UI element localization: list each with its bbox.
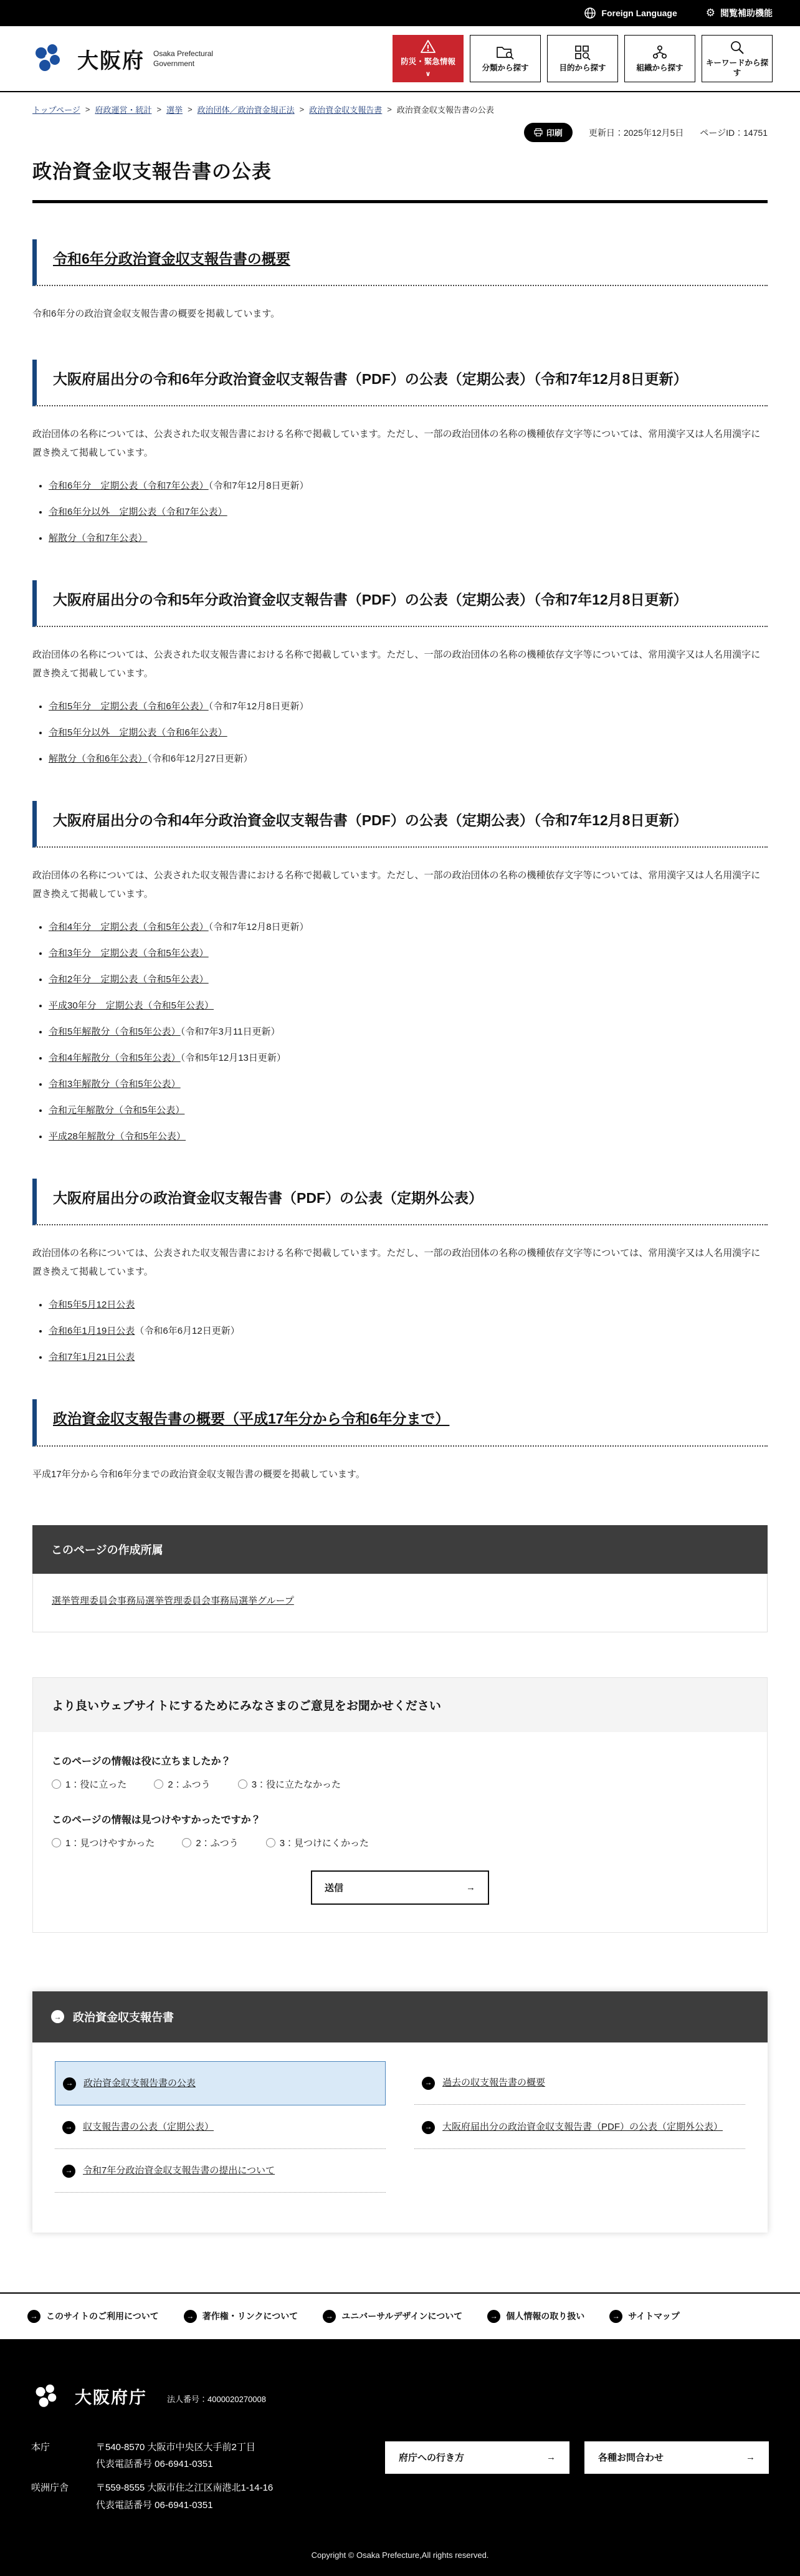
- feedback-title: より良いウェブサイトにするためにみなさまのご意見をお聞かせください: [33, 1678, 767, 1732]
- arrow-circle-icon: →: [51, 2010, 64, 2023]
- footer-brand: 大阪府庁 法人番号：4000020270008: [31, 2380, 769, 2413]
- report-link-list: 令和5年5月12日公表 令和6年1月19日公表（令和6年6月12日更新） 令和7…: [32, 1298, 768, 1363]
- section-r5-pdf-regular: 大阪府届出分の令和5年分政治資金収支報告書（PDF）の公表（定期公表）（令和7年…: [32, 580, 768, 765]
- footer-logo-text: 大阪府庁: [75, 2384, 147, 2408]
- feedback-body: このページの情報は役に立ちましたか？ 1：役に立った 2：ふつう 3：役に立たな…: [33, 1732, 767, 1932]
- accessibility-link[interactable]: ⚙ 閲覧補助機能: [706, 7, 773, 19]
- accessibility-label: 閲覧補助機能: [720, 7, 773, 19]
- page-meta: 印刷 更新日：2025年12月5日 ページID：14751: [32, 123, 768, 142]
- footer-middle: 本庁 〒540-8570 大阪市中央区大手前2丁目 代表電話番号 06-6941…: [31, 2439, 769, 2514]
- breadcrumb-link[interactable]: 政治資金収支報告書: [309, 103, 382, 115]
- section-body-text: 平成17年分から令和6年分までの政治資金収支報告書の概要を掲載しています。: [32, 1465, 768, 1484]
- arrow-right-icon: →: [746, 2452, 755, 2463]
- section-r6-overview: 令和6年分政治資金収支報告書の概要 令和6年分の政治資金収支報告書の概要を掲載し…: [32, 239, 768, 323]
- footer-nav-link[interactable]: →個人情報の取り扱い: [487, 2310, 584, 2323]
- report-link[interactable]: 令和4年分 定期公表（令和5年公表）: [49, 922, 209, 932]
- section-pdf-irregular: 大阪府届出分の政治資金収支報告書（PDF）の公表（定期外公表） 政治団体の名称に…: [32, 1179, 768, 1363]
- list-item: 令和2年分 定期公表（令和5年公表）: [49, 972, 768, 985]
- report-note: （令和7年12月8日更新）: [209, 481, 309, 491]
- copyright: Copyright © Osaka Prefecture,All rights …: [31, 2550, 769, 2560]
- report-link[interactable]: 令和3年解散分（令和5年公表）: [49, 1079, 181, 1089]
- feedback-question-1: このページの情報は役に立ちましたか？: [52, 1753, 748, 1768]
- list-item: 令和3年解散分（令和5年公表）: [49, 1077, 768, 1090]
- radio-option[interactable]: 3：役に立たなかった: [238, 1778, 341, 1791]
- report-link[interactable]: 平成28年解散分（令和5年公表）: [49, 1131, 186, 1142]
- report-note: （令和7年3月11日更新）: [181, 1027, 280, 1037]
- owner-department-link[interactable]: 選挙管理委員会事務局選挙管理委員会事務局選挙グループ: [52, 1596, 294, 1606]
- site-header: 大阪府 Osaka Prefectural Government 防災・緊急情報…: [0, 26, 800, 92]
- globe-icon: [584, 7, 596, 19]
- org-chart-icon: [651, 44, 669, 60]
- osaka-mark-icon-white: [31, 2380, 64, 2413]
- office2-label: 咲洲庁舎: [31, 2479, 96, 2514]
- foreign-language-label: Foreign Language: [601, 8, 677, 18]
- radio-option[interactable]: 1：役に立った: [52, 1778, 126, 1791]
- search-by-keyword-button[interactable]: キーワードから探す: [702, 35, 773, 82]
- breadcrumb-separator: >: [188, 105, 193, 114]
- gear-icon: ⚙: [706, 7, 715, 19]
- report-link[interactable]: 令和元年解散分（令和5年公表）: [49, 1105, 184, 1116]
- related-links-grid: → 政治資金収支報告書の公表 → 過去の収支報告書の概要 → 収支報告書の公表（…: [32, 2042, 768, 2233]
- list-item: 令和5年分 定期公表（令和6年公表）（令和7年12月8日更新）: [49, 699, 768, 712]
- breadcrumb-current: 政治資金収支報告書の公表: [397, 103, 494, 115]
- title-divider: [32, 200, 768, 203]
- report-link[interactable]: 令和6年1月19日公表: [49, 1326, 135, 1336]
- breadcrumb-link[interactable]: 政治団体／政治資金規正法: [198, 103, 295, 115]
- footer-nav: →このサイトのご利用について →著作権・リンクについて →ユニバーサルデザインに…: [0, 2292, 800, 2339]
- list-item: 解散分（令和6年公表）（令和6年12月27日更新）: [49, 752, 768, 765]
- radio-option[interactable]: 1：見つけやすかった: [52, 1836, 155, 1849]
- arrow-circle-icon: →: [487, 2310, 500, 2323]
- related-links-title: 政治資金収支報告書: [73, 2009, 174, 2025]
- section-heading-block: 政治資金収支報告書の概要（平成17年分から令和6年分まで）: [32, 1399, 768, 1446]
- related-link[interactable]: → 大阪府届出分の政治資金収支報告書（PDF）の公表（定期外公表）: [414, 2105, 745, 2149]
- section-heading-block: 大阪府届出分の令和5年分政治資金収支報告書（PDF）の公表（定期公表）（令和7年…: [32, 580, 768, 627]
- page-owner-box: このページの作成所属 選挙管理委員会事務局選挙管理委員会事務局選挙グループ: [32, 1525, 768, 1632]
- breadcrumb-separator: >: [85, 105, 90, 114]
- report-link[interactable]: 令和7年1月21日公表: [49, 1352, 135, 1362]
- list-item: 令和5年5月12日公表: [49, 1298, 768, 1311]
- arrow-right-icon: →: [546, 2452, 556, 2463]
- report-link-list: 令和6年分 定期公表（令和7年公表）（令和7年12月8日更新） 令和6年分以外 …: [32, 479, 768, 544]
- radio-useful-3[interactable]: [238, 1779, 247, 1789]
- foreign-language-link[interactable]: Foreign Language: [584, 7, 677, 19]
- warning-triangle-icon: [420, 39, 436, 54]
- section-body-text: 政治団体の名称については、公表された収支報告書における名称で掲載しています。ただ…: [32, 1244, 768, 1281]
- list-item: 令和5年解散分（令和5年公表）（令和7年3月11日更新）: [49, 1025, 768, 1038]
- arrow-circle-icon: →: [63, 2077, 76, 2090]
- section-heading-link[interactable]: 政治資金収支報告書の概要（平成17年分から令和6年分まで）: [53, 1410, 449, 1427]
- osaka-pref-logo[interactable]: 大阪府 Osaka Prefectural Government: [30, 39, 213, 78]
- report-link[interactable]: 令和4年解散分（令和5年公表）: [49, 1053, 181, 1063]
- arrow-circle-icon: →: [27, 2310, 40, 2323]
- section-heading-block: 大阪府届出分の令和4年分政治資金収支報告書（PDF）の公表（定期公表）（令和7年…: [32, 801, 768, 848]
- report-note: （令和6年6月12日更新）: [135, 1326, 239, 1336]
- list-item: 令和6年1月19日公表（令和6年6月12日更新）: [49, 1324, 768, 1337]
- feedback-options-1: 1：役に立った 2：ふつう 3：役に立たなかった: [52, 1778, 748, 1791]
- directions-button[interactable]: 府庁への行き方 →: [385, 2441, 569, 2474]
- section-body-text: 政治団体の名称については、公表された収支報告書における名称で掲載しています。ただ…: [32, 866, 768, 904]
- arrow-right-icon: →: [466, 1882, 475, 1893]
- list-item: 令和4年分 定期公表（令和5年公表）（令和7年12月8日更新）: [49, 920, 768, 933]
- section-r4-pdf-regular: 大阪府届出分の令和4年分政治資金収支報告書（PDF）の公表（定期公表）（令和7年…: [32, 801, 768, 1142]
- list-item: 令和6年分 定期公表（令和7年公表）（令和7年12月8日更新）: [49, 479, 768, 492]
- header-nav: 防災・緊急情報 ∨ 分類から探す 目的から探す 組織から探す キーワードから: [393, 35, 773, 82]
- site-footer: 大阪府庁 法人番号：4000020270008 本庁 〒540-8570 大阪市…: [0, 2339, 800, 2576]
- radio-option[interactable]: 3：見つけにくかった: [266, 1836, 369, 1849]
- section-heading-link[interactable]: 令和6年分政治資金収支報告書の概要: [53, 251, 290, 267]
- report-note: （令和6年12月27日更新）: [147, 754, 252, 764]
- submit-button[interactable]: 送信 →: [311, 1870, 489, 1905]
- footer-buttons: 府庁への行き方 → 各種お問合わせ →: [385, 2441, 769, 2474]
- utility-bar: Foreign Language ⚙ 閲覧補助機能: [0, 0, 800, 26]
- section-heading: 大阪府届出分の令和4年分政治資金収支報告書（PDF）の公表（定期公表）（令和7年…: [53, 808, 768, 833]
- report-link[interactable]: 令和5年解散分（令和5年公表）: [49, 1027, 181, 1037]
- section-body-text: 政治団体の名称については、公表された収支報告書における名称で掲載しています。ただ…: [32, 646, 768, 683]
- arrow-circle-icon: →: [62, 2165, 75, 2178]
- radio-findable-1[interactable]: [52, 1838, 61, 1847]
- list-item: 令和5年分以外 定期公表（令和6年公表）: [49, 725, 768, 739]
- contact-button[interactable]: 各種お問合わせ →: [584, 2441, 769, 2474]
- radio-findable-2[interactable]: [182, 1838, 191, 1847]
- page-owner-body: 選挙管理委員会事務局選挙管理委員会事務局選挙グループ: [32, 1574, 768, 1632]
- footer-nav-link[interactable]: →著作権・リンクについて: [184, 2310, 298, 2323]
- emergency-info-button[interactable]: 防災・緊急情報 ∨: [393, 35, 464, 82]
- print-button[interactable]: 印刷: [524, 123, 573, 142]
- footer-nav-link[interactable]: →ユニバーサルデザインについて: [323, 2310, 462, 2323]
- office2-address: 〒559-8555 大阪市住之江区南港北1-14-16 代表電話番号 06-69…: [96, 2479, 273, 2514]
- report-note: （令和7年12月8日更新）: [209, 922, 309, 932]
- section-heading-block: 令和6年分政治資金収支報告書の概要: [32, 239, 768, 286]
- breadcrumb-separator: >: [300, 105, 305, 114]
- radio-findable-3[interactable]: [266, 1838, 275, 1847]
- grid-search-icon: [574, 44, 591, 60]
- footer-nav-link[interactable]: →このサイトのご利用について: [27, 2310, 159, 2323]
- page-owner-title: このページの作成所属: [32, 1525, 768, 1574]
- chevron-down-icon: ∨: [426, 71, 431, 78]
- page-id: ページID：14751: [700, 127, 768, 139]
- arrow-circle-icon: →: [422, 2121, 435, 2134]
- section-heading: 大阪府届出分の令和5年分政治資金収支報告書（PDF）の公表（定期公表）（令和7年…: [53, 588, 768, 612]
- folder-search-icon: [496, 44, 515, 60]
- report-link[interactable]: 令和5年5月12日公表: [49, 1300, 135, 1310]
- report-link[interactable]: 令和2年分 定期公表（令和5年公表）: [49, 974, 209, 985]
- breadcrumb-home[interactable]: トップページ: [32, 103, 80, 115]
- printer-icon: [534, 128, 543, 136]
- section-r6-pdf-regular: 大阪府届出分の令和6年分政治資金収支報告書（PDF）の公表（定期公表）（令和7年…: [32, 360, 768, 544]
- corporate-number: 法人番号：4000020270008: [167, 2393, 266, 2405]
- list-item: 平成28年解散分（令和5年公表）: [49, 1129, 768, 1142]
- section-heading: 大阪府届出分の令和6年分政治資金収支報告書（PDF）の公表（定期公表）（令和7年…: [53, 367, 768, 391]
- report-note: （令和5年12月13日更新）: [181, 1053, 286, 1063]
- list-item: 解散分（令和7年公表）: [49, 531, 768, 544]
- report-link[interactable]: 令和5年分以外 定期公表（令和6年公表）: [49, 727, 227, 738]
- radio-option[interactable]: 2：ふつう: [182, 1836, 238, 1849]
- search-by-purpose-button[interactable]: 目的から探す: [547, 35, 618, 82]
- section-heading: 大阪府届出分の政治資金収支報告書（PDF）の公表（定期外公表）: [53, 1186, 768, 1210]
- related-links-card: → 政治資金収支報告書 → 政治資金収支報告書の公表 → 過去の収支報告書の概要…: [32, 1991, 768, 2233]
- list-item: 令和3年分 定期公表（令和5年公表）: [49, 946, 768, 959]
- office1-label: 本庁: [31, 2439, 96, 2474]
- list-item: 令和7年1月21日公表: [49, 1350, 768, 1363]
- report-link[interactable]: 令和6年分 定期公表（令和7年公表）: [49, 481, 209, 491]
- report-link[interactable]: 解散分（令和6年公表）: [49, 754, 147, 764]
- list-item: 令和4年解散分（令和5年公表）（令和5年12月13日更新）: [49, 1051, 768, 1064]
- section-body-text: 政治団体の名称については、公表された収支報告書における名称で掲載しています。ただ…: [32, 425, 768, 462]
- arrow-circle-icon: →: [422, 2077, 435, 2090]
- report-link[interactable]: 令和3年分 定期公表（令和5年公表）: [49, 948, 209, 959]
- updated-date: 更新日：2025年12月5日: [589, 127, 684, 139]
- related-link[interactable]: → 過去の収支報告書の概要: [414, 2061, 745, 2105]
- osaka-mark-icon: [30, 39, 69, 78]
- page-title: 政治資金収支報告書の公表: [32, 156, 768, 184]
- section-overview-h17-r6: 政治資金収支報告書の概要（平成17年分から令和6年分まで） 平成17年分から令和…: [32, 1399, 768, 1483]
- radio-useful-1[interactable]: [52, 1779, 61, 1789]
- feedback-box: より良いウェブサイトにするためにみなさまのご意見をお聞かせください このページの…: [32, 1677, 768, 1933]
- radio-useful-2[interactable]: [154, 1779, 163, 1789]
- footer-nav-link[interactable]: →サイトマップ: [609, 2310, 679, 2323]
- list-item: 令和元年解散分（令和5年公表）: [49, 1103, 768, 1116]
- breadcrumb-link[interactable]: 府政運営・統計: [95, 103, 151, 115]
- office1-address: 〒540-8570 大阪市中央区大手前2丁目 代表電話番号 06-6941-03…: [96, 2439, 273, 2474]
- list-item: 平成30年分 定期公表（令和5年公表）: [49, 998, 768, 1012]
- arrow-circle-icon: →: [184, 2310, 197, 2323]
- footer-addresses: 本庁 〒540-8570 大阪市中央区大手前2丁目 代表電話番号 06-6941…: [31, 2439, 273, 2514]
- report-link[interactable]: 令和6年分以外 定期公表（令和7年公表）: [49, 507, 227, 517]
- breadcrumb-link[interactable]: 選挙: [166, 103, 183, 115]
- search-icon: [729, 39, 745, 55]
- report-link[interactable]: 平成30年分 定期公表（令和5年公表）: [49, 1000, 214, 1011]
- report-link-list: 令和5年分 定期公表（令和6年公表）（令和7年12月8日更新） 令和5年分以外 …: [32, 699, 768, 765]
- report-note: （令和7年12月8日更新）: [209, 701, 309, 712]
- feedback-question-2: このページの情報は見つけやすかったですか？: [52, 1812, 748, 1826]
- search-by-category-button[interactable]: 分類から探す: [470, 35, 541, 82]
- arrow-circle-icon: →: [609, 2310, 622, 2323]
- related-links-header: → 政治資金収支報告書: [32, 1991, 768, 2042]
- radio-option[interactable]: 2：ふつう: [154, 1778, 210, 1791]
- related-link[interactable]: → 令和7年分政治資金収支報告書の提出について: [55, 2149, 386, 2193]
- section-heading-block: 大阪府届出分の政治資金収支報告書（PDF）の公表（定期外公表）: [32, 1179, 768, 1225]
- list-item: 令和6年分以外 定期公表（令和7年公表）: [49, 505, 768, 518]
- search-by-organization-button[interactable]: 組織から探す: [624, 35, 695, 82]
- report-link[interactable]: 解散分（令和7年公表）: [49, 533, 147, 543]
- section-body-text: 令和6年分の政治資金収支報告書の概要を掲載しています。: [32, 305, 768, 323]
- breadcrumb-separator: >: [156, 105, 161, 114]
- site-subtitle: Osaka Prefectural Government: [153, 49, 213, 69]
- section-heading-block: 大阪府届出分の令和6年分政治資金収支報告書（PDF）の公表（定期公表）（令和7年…: [32, 360, 768, 406]
- arrow-circle-icon: →: [62, 2121, 75, 2134]
- report-link[interactable]: 令和5年分 定期公表（令和6年公表）: [49, 701, 209, 712]
- breadcrumb-separator: >: [387, 105, 392, 114]
- related-link[interactable]: → 収支報告書の公表（定期公表）: [55, 2105, 386, 2149]
- breadcrumb: トップページ > 府政運営・統計 > 選挙 > 政治団体／政治資金規正法 > 政…: [32, 103, 768, 115]
- site-title: 大阪府: [77, 44, 145, 74]
- feedback-options-2: 1：見つけやすかった 2：ふつう 3：見つけにくかった: [52, 1836, 748, 1849]
- related-link-current[interactable]: → 政治資金収支報告書の公表: [55, 2061, 386, 2105]
- arrow-circle-icon: →: [323, 2310, 336, 2323]
- report-link-list: 令和4年分 定期公表（令和5年公表）（令和7年12月8日更新） 令和3年分 定期…: [32, 920, 768, 1142]
